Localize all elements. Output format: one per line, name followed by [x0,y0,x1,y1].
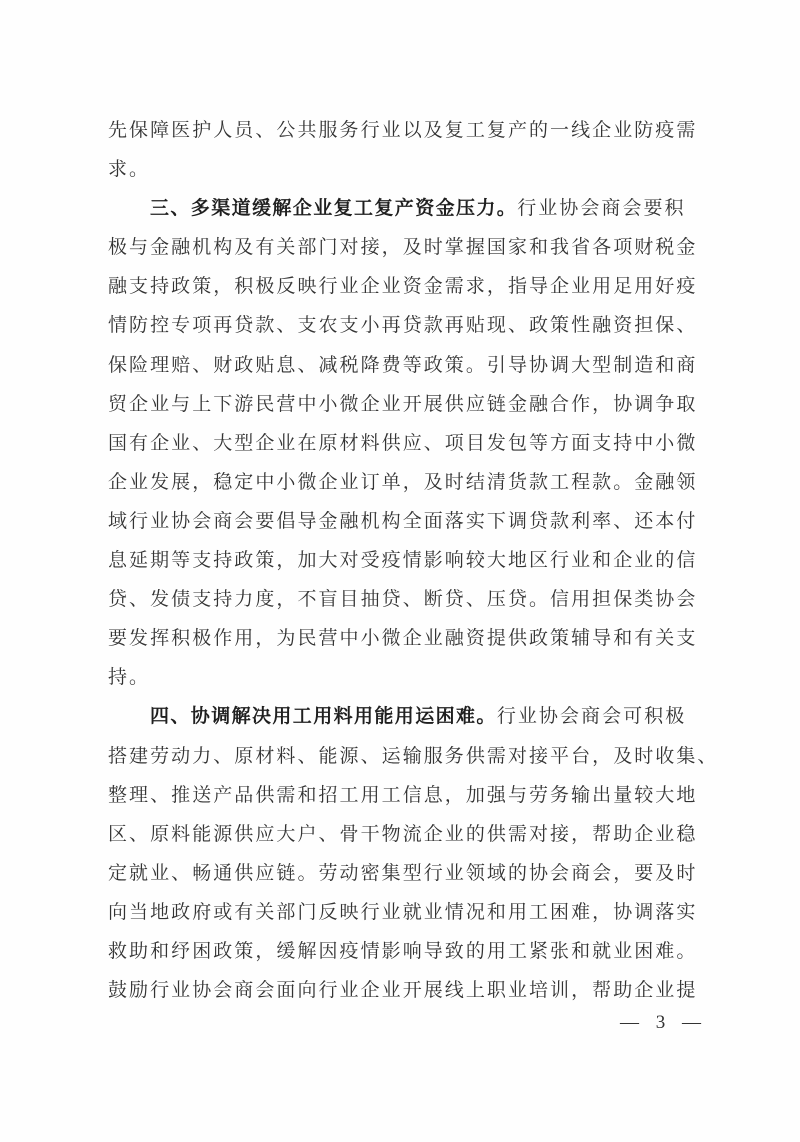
text-line: 鼓励行业协会商会面向行业企业开展线上职业培训，帮助企业提 [108,971,708,1010]
text-line: 融支持政策，积极反映行业企业资金需求，指导企业用足用好疫 [108,267,708,306]
text-line: 贷、发债支持力度，不盲目抽贷、断贷、压贷。信用担保类协会 [108,580,708,619]
text-span: 行业协会商会可积极 [497,705,686,727]
text-line: 息延期等支持政策，加大对受疫情影响较大地区行业和企业的信 [108,541,708,580]
section-4-first-line: 四、协调解决用工用料用能用运困难。行业协会商会可积极 [108,697,708,736]
document-body: 先保障医护人员、公共服务行业以及复工复产的一线企业防疫需 求。 三、多渠道缓解企… [108,111,708,1010]
text-line: 域行业协会商会要倡导金融机构全面落实下调贷款利率、还本付 [108,502,708,541]
text-line: 极与金融机构及有关部门对接，及时掌握国家和我省各项财税金 [108,228,708,267]
text-line: 区、原料能源供应大户、骨干物流企业的供需对接，帮助企业稳 [108,815,708,854]
text-line: 先保障医护人员、公共服务行业以及复工复产的一线企业防疫需 [108,111,708,150]
text-line: 企业发展，稳定中小微企业订单，及时结清货款工程款。金融领 [108,463,708,502]
document-page: 先保障医护人员、公共服务行业以及复工复产的一线企业防疫需 求。 三、多渠道缓解企… [0,0,800,1142]
page-number: — 3 — [620,1012,707,1034]
text-line: 救助和纾困政策，缓解因疫情影响导致的用工紧张和就业困难。 [108,932,708,971]
text-line: 要发挥积极作用，为民营中小微企业融资提供政策辅导和有关支 [108,619,708,658]
text-line: 定就业、畅通供应链。劳动密集型行业领域的协会商会，要及时 [108,854,708,893]
text-line: 持。 [108,658,708,697]
text-line: 贸企业与上下游民营中小微企业开展供应链金融合作，协调争取 [108,385,708,424]
text-line: 求。 [108,150,708,189]
section-3-first-line: 三、多渠道缓解企业复工复产资金压力。行业协会商会要积 [108,189,708,228]
section-4-heading: 四、协调解决用工用料用能用运困难。 [150,705,497,727]
section-3-heading: 三、多渠道缓解企业复工复产资金压力。 [150,197,517,219]
text-line: 整理、推送产品供需和招工用工信息，加强与劳务输出量较大地 [108,776,708,815]
text-line: 搭建劳动力、原材料、能源、运输服务供需对接平台，及时收集、 [108,737,708,776]
text-line: 向当地政府或有关部门反映行业就业情况和用工困难，协调落实 [108,893,708,932]
text-line: 保险理赔、财政贴息、减税降费等政策。引导协调大型制造和商 [108,346,708,385]
text-line: 国有企业、大型企业在原材料供应、项目发包等方面支持中小微 [108,424,708,463]
text-span: 行业协会商会要积 [517,197,685,219]
text-line: 情防控专项再贷款、支农支小再贷款再贴现、政策性融资担保、 [108,306,708,345]
